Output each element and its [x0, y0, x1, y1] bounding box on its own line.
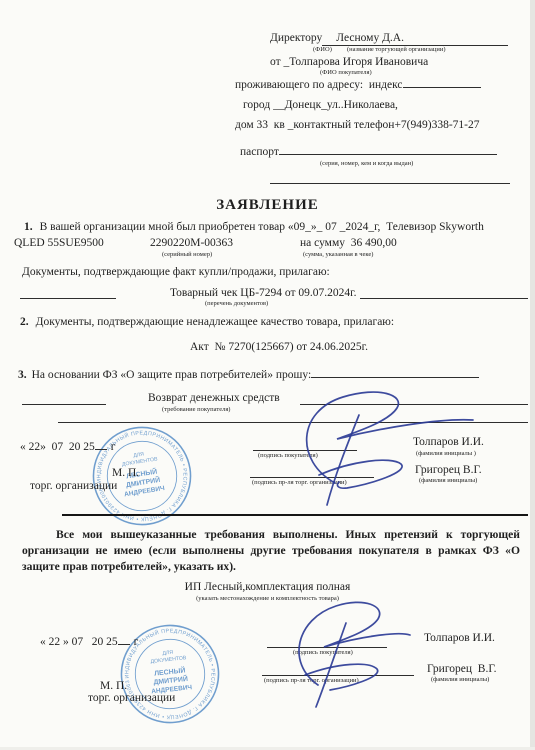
passport-label: паспорт — [240, 146, 279, 158]
serial-number: 2290220M-00363 — [150, 237, 233, 250]
date-blank — [118, 644, 130, 645]
stamp-for-line1: ДЛЯ — [162, 650, 173, 657]
act-value: Акт № 7270(125667) от 24.06.2025г. — [190, 341, 368, 354]
applicant-line: от _Толпарова Игоря Ивановича — [270, 56, 428, 69]
document-title: ЗАЯВЛЕНИЕ — [0, 197, 535, 214]
purchase-text: В вашей организации мной был приобретен … — [40, 221, 484, 233]
date-suffix: г — [111, 441, 116, 453]
demand-sub: (требование покупателя) — [162, 406, 230, 413]
purchase-line: 1.В вашей организации мной был приобрете… — [24, 221, 484, 234]
passport-blank — [279, 154, 497, 155]
receipt-value: Товарный чек ЦБ-7294 от 09.07.2024г. — [170, 287, 356, 300]
quality-text: Документы, подтверждающие ненадлежащее к… — [36, 316, 394, 328]
applicant-sub: (ФИО покупателя) — [320, 69, 372, 76]
index-blank — [403, 87, 481, 88]
blank-line — [22, 403, 106, 405]
addressee-value: Лесному Д.А. — [322, 32, 508, 46]
house-phone-line: дом 33 кв _контактный телефон+7(949)338-… — [235, 119, 480, 132]
section-divider — [62, 514, 528, 516]
product-model: QLED 55SUE9500 — [14, 237, 104, 250]
date-line-2: « 22 » 07 20 25г — [40, 636, 138, 649]
buyer-sign-line-1 — [253, 449, 357, 451]
blank-line — [300, 403, 528, 405]
passport-line: паспорт — [240, 146, 497, 159]
blank-line — [58, 421, 528, 423]
scanned-application-document: ДиректоруЛесному Д.А. (ФИО) (название то… — [0, 0, 535, 750]
round-stamp: ИНДИВИДУАЛЬНЫЙ ПРЕДПРИНИМАТЕЛЬ • РЕСПУБЛ… — [90, 424, 194, 528]
quality-line: 2.Документы, подтверждающие ненадлежащее… — [20, 316, 394, 329]
city-line: город __Донецк_ул..Николаева, — [243, 99, 398, 112]
org-label-1: торг. организации — [30, 480, 117, 493]
demand-value: Возврат денежных средств — [148, 392, 280, 405]
address-label: проживающего по адресу: индекс — [235, 79, 403, 91]
location-line: ИП Лесный,комплектация полная — [0, 581, 535, 593]
addressee-line: ДиректоруЛесному Д.А. — [270, 32, 508, 46]
purchase-num: 1. — [24, 221, 33, 233]
scan-edge-shadow — [530, 0, 535, 750]
seller-sign-sub-2: (подпись пр-ля торг. организации) — [264, 677, 359, 684]
seller-name-2: Григорец В.Г. — [427, 663, 497, 676]
buyer-name-sub-1: (фамилия инициалы ) — [416, 450, 476, 457]
location-sub: (указать местонахождение и комплектность… — [0, 595, 535, 602]
quality-num: 2. — [20, 316, 29, 328]
org-label-2: торг. организации — [88, 692, 175, 705]
serial-sub: (серийный номер) — [162, 251, 212, 258]
blank-line — [20, 297, 116, 299]
address-line: проживающего по адресу: индекс — [235, 79, 481, 92]
blank-line — [360, 297, 528, 299]
addressee-sub-org: (название торгующей организации) — [347, 46, 446, 53]
seller-sign-line-1 — [250, 476, 374, 478]
demand-line: 3.На основании ФЗ «О защите прав потреби… — [18, 369, 479, 382]
demand-text: На основании ФЗ «О защите прав потребите… — [32, 369, 312, 381]
blank-line — [270, 182, 510, 184]
seller-name-1: Григорец В.Г. — [415, 464, 482, 477]
date-suffix: г — [134, 636, 139, 648]
date-value: « 22» 07 20 25 — [20, 441, 95, 453]
passport-sub: (серия, номер, кем и когда выдан) — [320, 160, 413, 167]
purchase-sum: на сумму 36 490,00 — [300, 237, 397, 250]
buyer-sign-sub-1: (подпись покупателя) — [258, 452, 318, 459]
date-line-1: « 22» 07 20 25г — [20, 441, 115, 454]
buyer-sign-line-2 — [267, 646, 387, 648]
buyer-name-2: Толпаров И.И. — [424, 632, 495, 645]
docs-line: Документы, подтверждающие факт купли/про… — [22, 266, 330, 279]
mp-label-1: М. П. — [112, 467, 139, 480]
buyer-sign-sub-2: (подпись покупателя) — [293, 649, 353, 656]
seller-sign-sub-1: (подпись пр-ля торг. организации) — [252, 479, 347, 486]
sum-sub: (сумма, указанная в чеке) — [303, 251, 373, 258]
handwritten-signatures-2 — [250, 593, 460, 713]
seller-sign-line-2 — [262, 674, 414, 676]
seller-name-sub-2: (фамилия инициалы) — [431, 676, 489, 683]
stamp-for-line2: ДОКУМЕНТОВ — [150, 655, 187, 665]
addressee-label: Директору — [270, 32, 322, 44]
addressee-sub-fio: (ФИО) — [313, 46, 332, 53]
buyer-name-1: Толпаров И.И. — [413, 436, 484, 449]
date-blank — [95, 449, 107, 450]
receipt-sub: (перечень документов) — [205, 300, 268, 307]
seller-name-sub-1: (фамилия инициалы) — [419, 477, 477, 484]
closing-paragraph: Все мои вышеуказанные требования выполне… — [22, 527, 520, 575]
demand-blank — [311, 377, 479, 378]
date-value: « 22 » 07 20 25 — [40, 636, 118, 648]
demand-num: 3. — [18, 369, 27, 381]
